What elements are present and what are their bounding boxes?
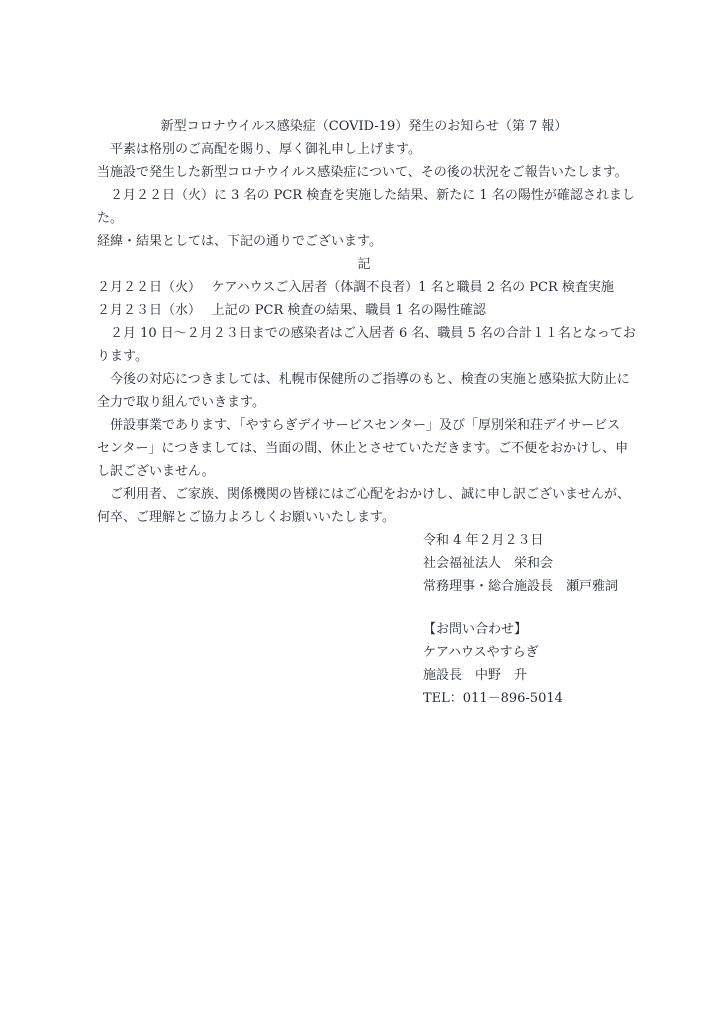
intro-line: 当施設で発生した新型コロナウイルス感染症について、その後の状況をご報告いたします… xyxy=(97,161,631,184)
intro-line: 平素は格別のご高配を賜り、厚く御礼申し上げます。 xyxy=(97,138,631,161)
apology-line: 何卒、ご理解とご協力よろしくお願いいたします。 xyxy=(97,506,631,529)
signature-block: 令和 4 年２月２３日 社会福祉法人 栄和会 常務理事・総合施設長 瀬戸雅詞 xyxy=(423,529,631,598)
intro-line: ２月２２日（火）に 3 名の PCR 検査を実施した結果、新たに 1 名の陽性が… xyxy=(97,184,631,207)
summary-line: ります。 xyxy=(97,345,631,368)
signature-signer: 常務理事・総合施設長 瀬戸雅詞 xyxy=(423,575,631,598)
contact-tel: TEL：011－896-5014 xyxy=(423,687,631,710)
response-paragraph: 今後の対応につきましては、札幌市保健所のご指導のもと、検査の実施と感染拡大防止に… xyxy=(97,368,631,414)
document-title: 新型コロナウイルス感染症（COVID-19）発生のお知らせ（第 7 報） xyxy=(97,115,631,138)
apology-line: ご利用者、ご家族、関係機関の皆様にはご心配をおかけし、誠に申し訳ございませんが、 xyxy=(97,483,631,506)
signature-organization: 社会福祉法人 栄和会 xyxy=(423,552,631,575)
intro-paragraph: 平素は格別のご高配を賜り、厚く御礼申し上げます。 当施設で発生した新型コロナウイ… xyxy=(97,138,631,230)
document-content: 新型コロナウイルス感染症（COVID-19）発生のお知らせ（第 7 報） 平素は… xyxy=(97,0,631,710)
services-line: し訳ございません。 xyxy=(97,460,631,483)
signature-date: 令和 4 年２月２３日 xyxy=(423,529,631,552)
contact-heading: 【お問い合わせ】 xyxy=(423,618,631,641)
services-paragraph: 併設事業であります、「やすらぎデイサービスセンター」及び「厚別栄和荘デイサービス… xyxy=(97,414,631,483)
timeline-line: ２月２３日（水） 上記の PCR 検査の結果、職員 1 名の陽性確認 xyxy=(97,299,631,322)
response-line: 全力で取り組んでいきます。 xyxy=(97,391,631,414)
timeline-paragraph: ２月２２日（火） ケアハウスご入居者（体調不良者）1 名と職員 2 名の PCR… xyxy=(97,276,631,322)
document-page: 新型コロナウイルス感染症（COVID-19）発生のお知らせ（第 7 報） 平素は… xyxy=(0,0,724,1024)
lead-paragraph: 経緯・結果としては、下記の通りでございます。 xyxy=(97,230,631,253)
contact-facility: ケアハウスやすらぎ xyxy=(423,641,631,664)
apology-paragraph: ご利用者、ご家族、関係機関の皆様にはご心配をおかけし、誠に申し訳ございませんが、… xyxy=(97,483,631,529)
lead-line: 経緯・結果としては、下記の通りでございます。 xyxy=(97,230,631,253)
contact-manager: 施設長 中野 升 xyxy=(423,664,631,687)
summary-paragraph: ２月 10 日～２月２３日までの感染者はご入居者 6 名、職員 5 名の合計１１… xyxy=(97,322,631,368)
services-line: 併設事業であります、「やすらぎデイサービスセンター」及び「厚別栄和荘デイサービス xyxy=(97,414,631,437)
services-line: センター」につきましては、当面の間、休止とさせていただきます。ご不便をおかけし、… xyxy=(97,437,631,460)
response-line: 今後の対応につきましては、札幌市保健所のご指導のもと、検査の実施と感染拡大防止に xyxy=(97,368,631,391)
record-heading: 記 xyxy=(97,253,631,276)
summary-line: ２月 10 日～２月２３日までの感染者はご入居者 6 名、職員 5 名の合計１１… xyxy=(97,322,631,345)
intro-line: た。 xyxy=(97,207,631,230)
timeline-line: ２月２２日（火） ケアハウスご入居者（体調不良者）1 名と職員 2 名の PCR… xyxy=(97,276,631,299)
contact-block: 【お問い合わせ】 ケアハウスやすらぎ 施設長 中野 升 TEL：011－896-… xyxy=(423,618,631,710)
